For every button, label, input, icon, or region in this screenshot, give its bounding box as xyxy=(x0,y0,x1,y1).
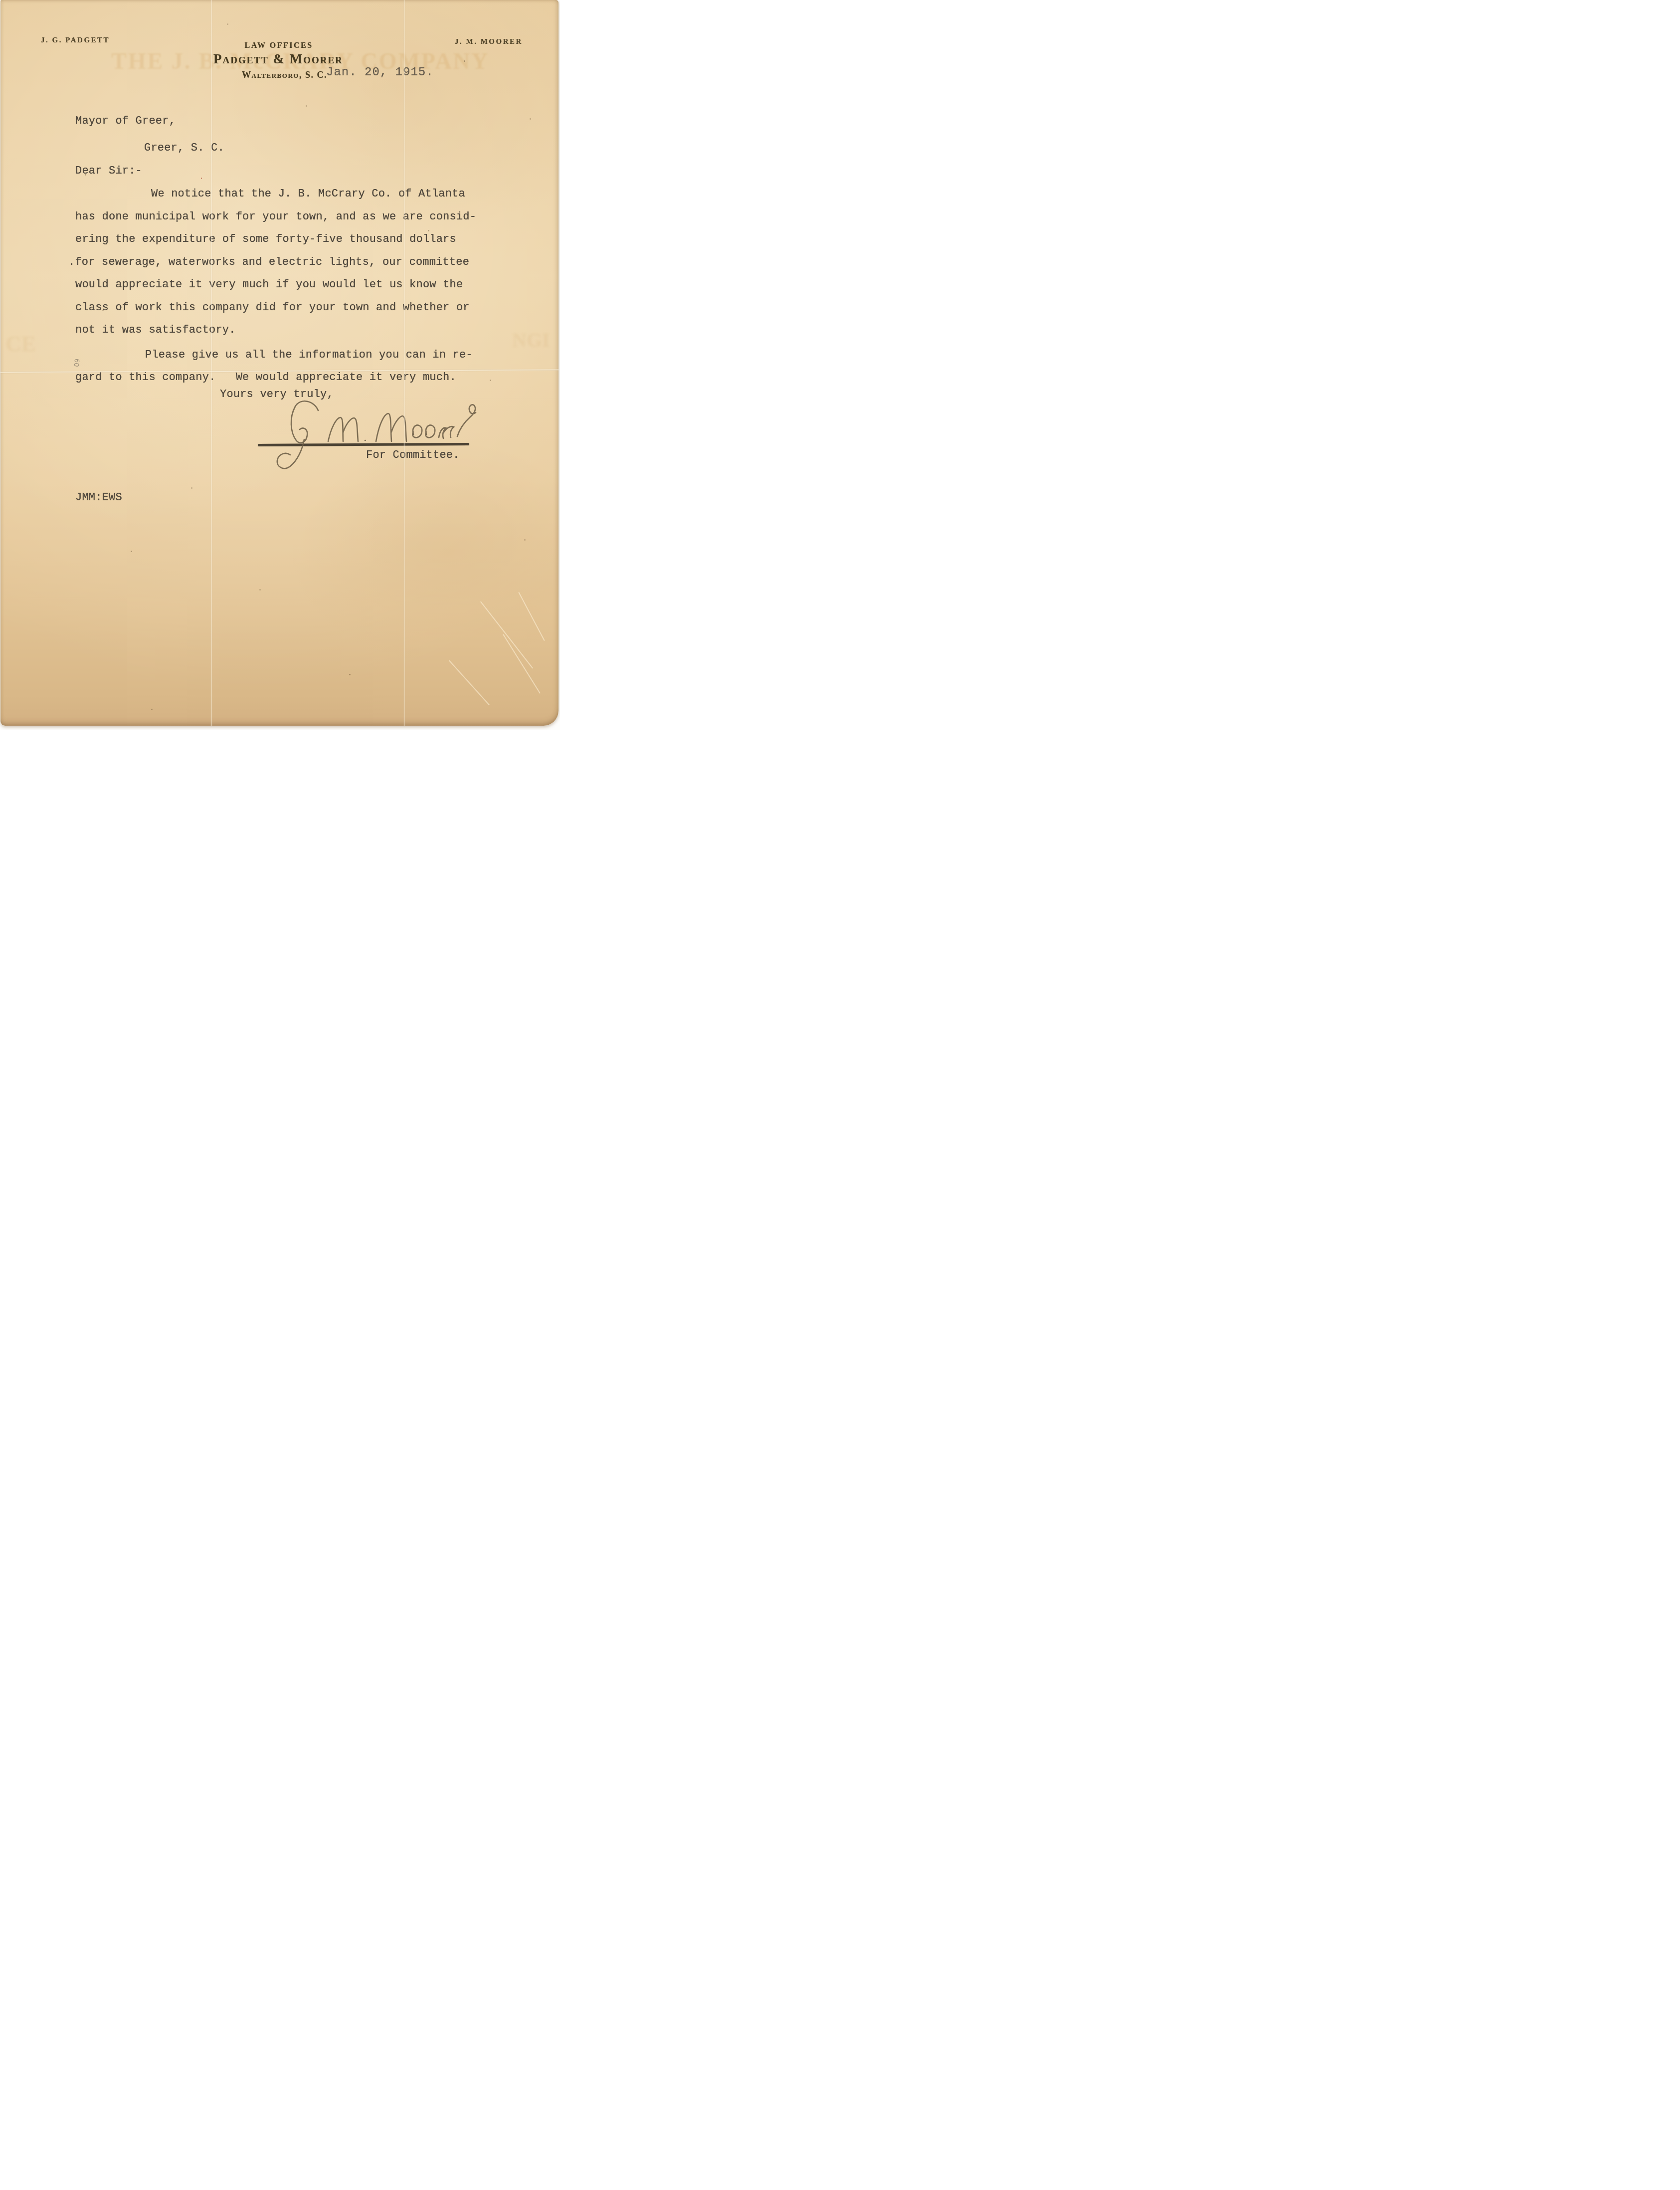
letter-scan: THE J. B. McCRARY COMPANY CE NGI J. G. P… xyxy=(0,0,560,730)
corner-crinkle-crease xyxy=(449,660,490,706)
recipient-line-1: Mayor of Greer, xyxy=(75,115,176,127)
letterhead-partner-left: J. G. PADGETT xyxy=(41,36,110,45)
corner-crinkle-crease xyxy=(503,634,541,694)
ink-specks xyxy=(0,0,1,0)
letterhead-firm-name: Padgett & Moorer xyxy=(213,51,343,67)
ghost-bleedthrough-right: NGI xyxy=(512,328,550,352)
letterhead-partner-right: J. M. MOORER xyxy=(455,38,523,46)
typist-initials: JMM:EWS xyxy=(75,491,122,504)
letterhead-city-line: Walterboro, S. C. xyxy=(242,70,327,80)
ghost-bleedthrough-left: CE xyxy=(5,331,36,357)
body-line: has done municipal work for your town, a… xyxy=(75,205,504,228)
signature-m1-stroke xyxy=(328,417,366,441)
body-line: We notice that the J. B. McCrary Co. of … xyxy=(75,183,504,205)
red-speck xyxy=(201,178,202,179)
letter-body: We notice that the J. B. McCrary Co. of … xyxy=(75,183,504,389)
fold-crease-vertical-right xyxy=(403,0,405,726)
typed-date: Jan. 20, 1915. xyxy=(326,66,434,79)
body-line: Please give us all the information you c… xyxy=(75,344,504,367)
pencil-mark: 09 xyxy=(73,358,82,367)
letterhead-office-line: LAW OFFICES xyxy=(245,41,313,50)
paper-sheet: THE J. B. McCRARY COMPANY CE NGI J. G. P… xyxy=(0,0,559,726)
body-line: .for sewerage, waterworks and electric l… xyxy=(75,251,504,274)
fold-crease-vertical-left xyxy=(210,0,212,726)
body-line: ering the expenditure of some forty-five… xyxy=(75,228,504,251)
handwritten-signature xyxy=(252,396,487,473)
corner-crinkle-crease xyxy=(480,601,533,668)
corner-crinkle-crease xyxy=(518,592,545,641)
signature-moorer-stroke xyxy=(376,404,476,441)
body-line: would appreciate it very much if you wou… xyxy=(75,273,504,296)
signature-j-stroke xyxy=(277,401,318,468)
salutation: Dear Sir:- xyxy=(75,165,142,177)
body-line: class of work this company did for your … xyxy=(75,296,504,319)
body-line: not it was satisfactory. xyxy=(75,319,504,342)
